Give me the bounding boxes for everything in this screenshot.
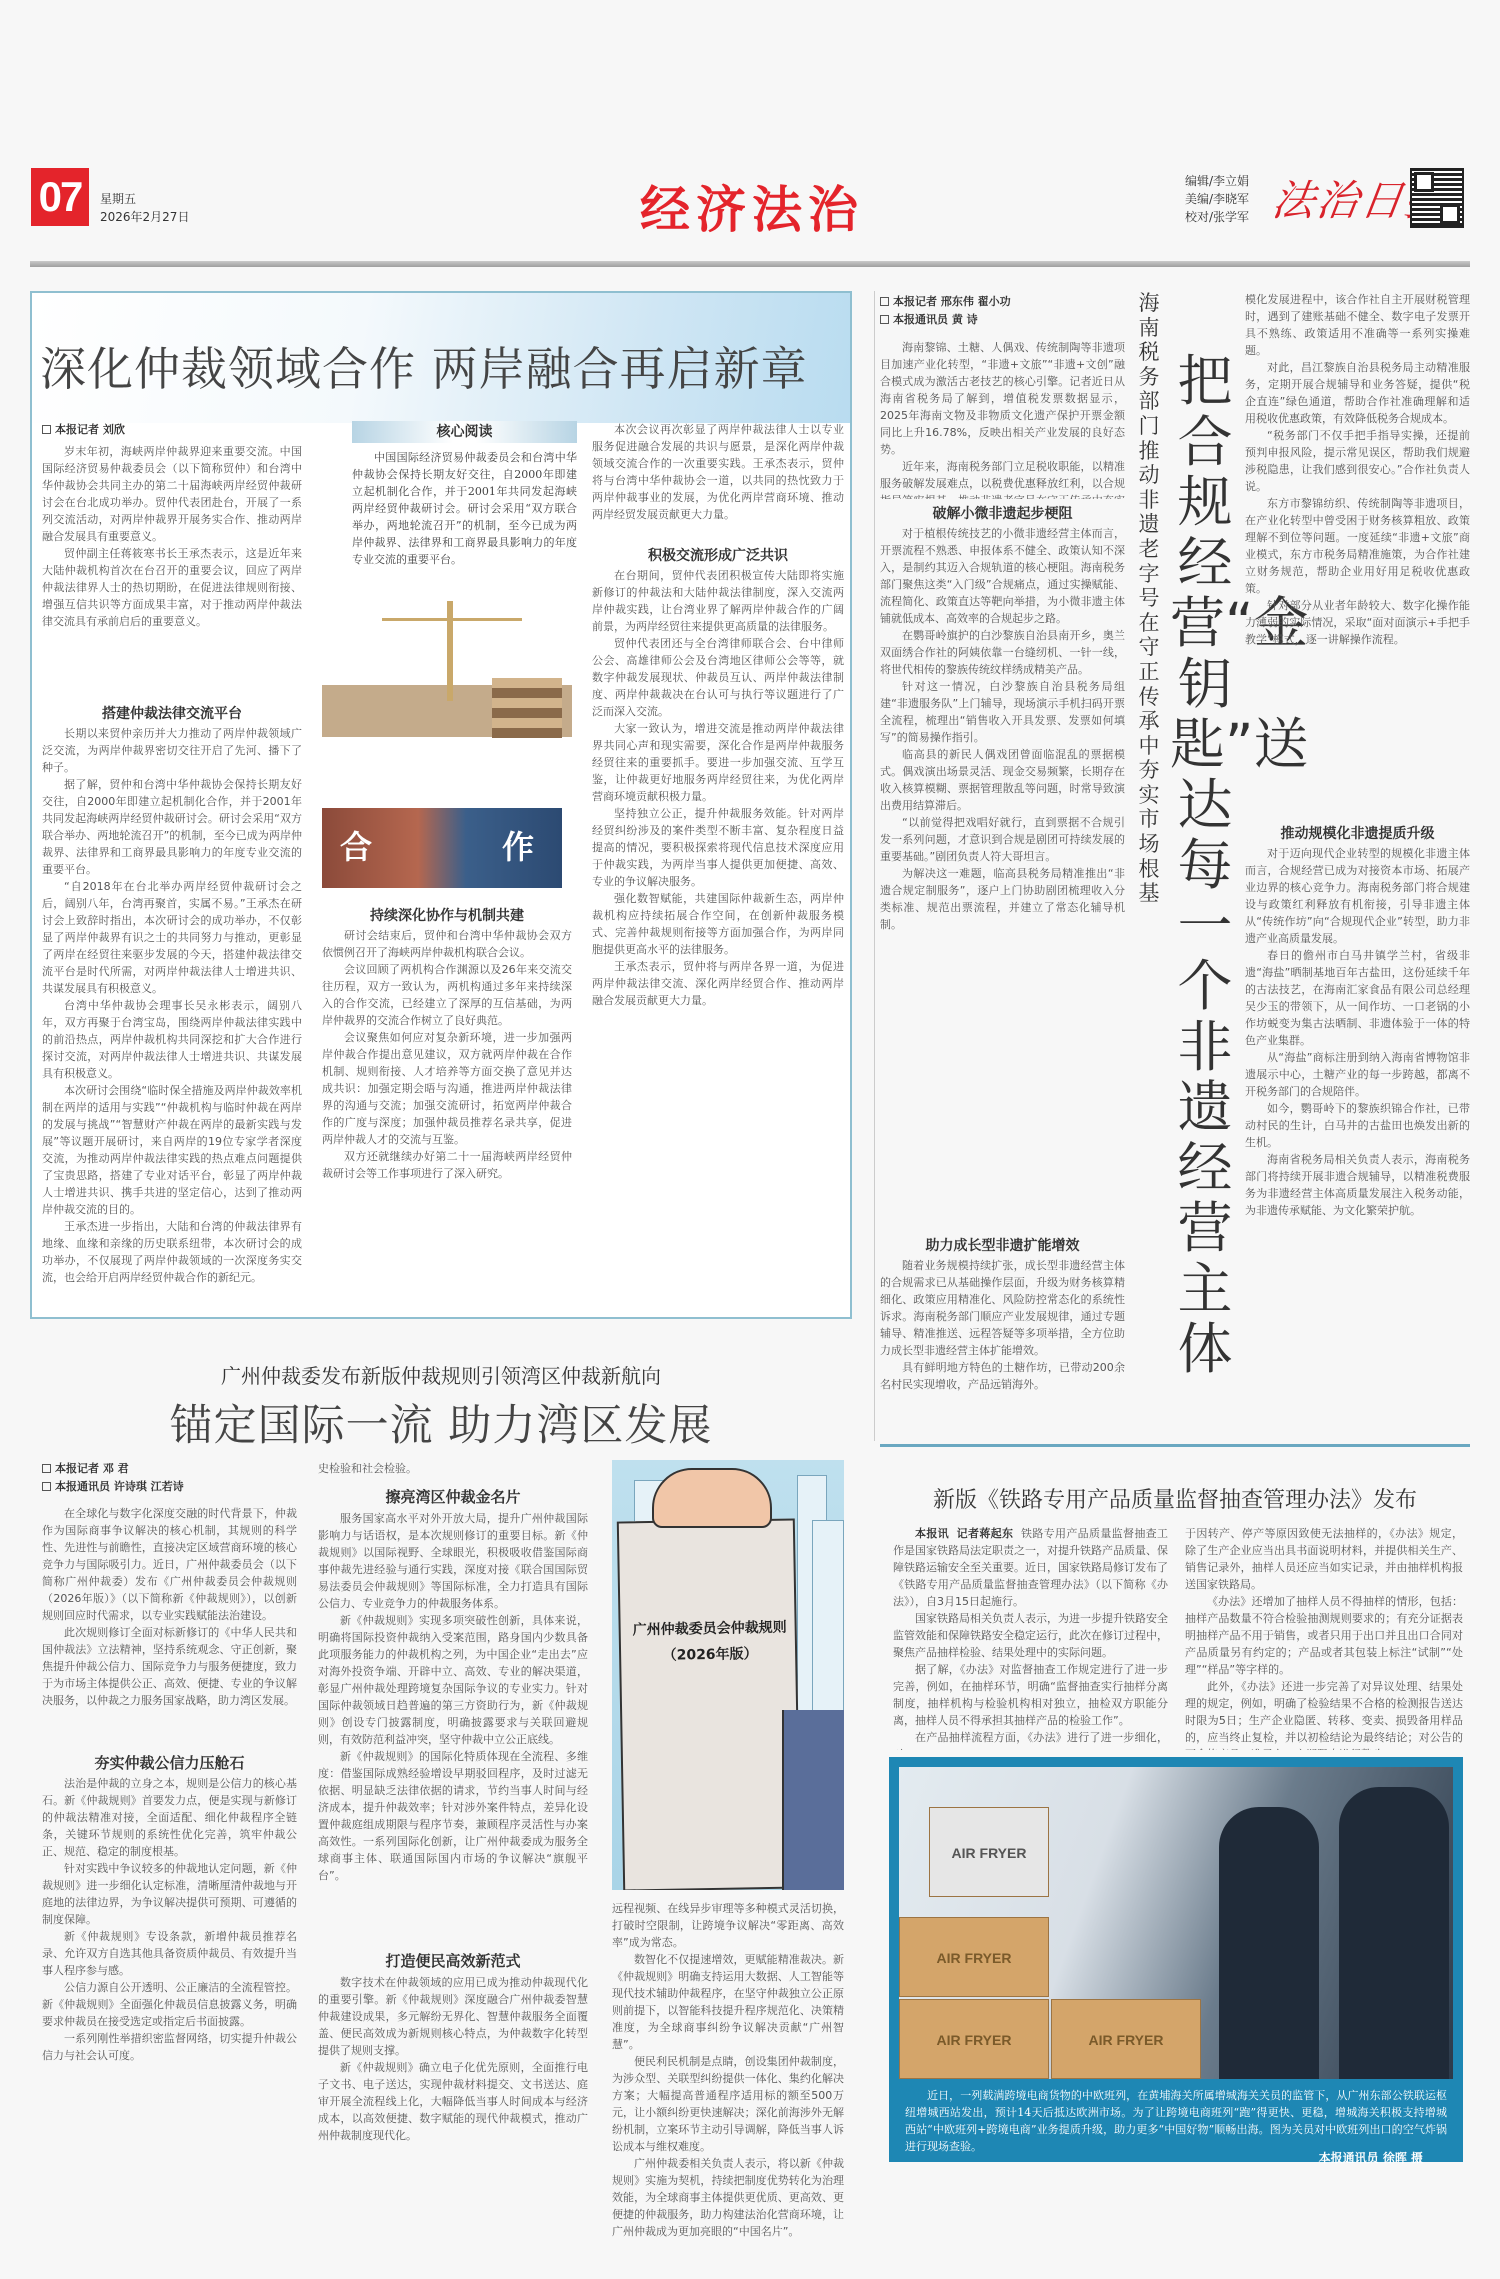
article3-byline-reporter: 本报记者 邓 君: [42, 1460, 129, 1476]
article-cross-strait-arbitration: 深化仲裁领域合作 两岸融合再启新章 本报记者 刘欣 岁末年初，海峡两岸仲裁界迎来…: [30, 291, 852, 1319]
article2-subhead-3: 推动规模化非遗提质升级: [1245, 823, 1470, 843]
reporter-name: 记者蒋起东: [957, 1527, 1014, 1540]
air-fryer-box: AIR FRYER: [929, 1807, 1049, 1897]
section-title: 经济法治: [640, 170, 864, 242]
article3-col2-continuation: 史检验和社会检验。: [318, 1460, 588, 1477]
article2-col2: 模化发展进程中，该合作社自主开展财税管理时，遇到了建账基础不健全、数字电子发票开…: [1245, 291, 1470, 811]
handshake-banner: 合 作: [322, 808, 562, 888]
article2-byline-correspondent: 本报通讯员 黄 诗: [880, 311, 978, 327]
article1-headline[interactable]: 深化仲裁领域合作 两岸融合再启新章: [40, 333, 808, 399]
article3-col3: 远程视频、在线异步审理等多种模式灵活切换，打破时空限制，让跨境争议解决“零距离、…: [612, 1900, 844, 2270]
core-reading-box: 核心阅读 中国国际经济贸易仲裁委员会和台湾中华仲裁协会保持长期友好交往，自200…: [352, 421, 577, 568]
bullet-square-icon: [880, 297, 889, 306]
credit-editor: 编辑/李立娟: [1185, 172, 1249, 190]
bullet-square-icon: [42, 1464, 51, 1473]
hand-icon: [652, 1468, 772, 1528]
core-reading-text: 中国国际经济贸易仲裁委员会和台湾中华仲裁协会保持长期友好交往，自2000年即建立…: [352, 449, 577, 568]
article2-headline[interactable]: 把合规经营“金钥匙”送达每一个非遗经营主体: [1170, 351, 1240, 1380]
lead-label: 本报讯: [915, 1527, 949, 1540]
customs-officer-figure: [1339, 1787, 1449, 2079]
article3-byline-correspondents: 本报通讯员 许诗琪 江若诗: [42, 1478, 184, 1494]
article4-col1: 本报讯 记者蒋起东 铁路专用产品质量监督抽查工作是国家铁路局法定职责之一，对提升…: [893, 1525, 1168, 1750]
core-reading-title: 核心阅读: [352, 421, 577, 443]
article2-col1-section2: 随着业务规模持续扩张，成长型非遗经营主体的合规需求已从基础操作层面，升级为财务核…: [880, 1257, 1125, 1432]
article3-kicker: 广州仲裁委发布新版仲裁规则引领湾区仲裁新航向: [30, 1360, 852, 1389]
article1-col3-intro: 本次会议再次彰显了两岸仲裁法律人士以专业服务促进融合发展的共识与愿景，是深化两岸…: [592, 421, 844, 537]
article3-col2-section3: 数字技术在仲裁领域的应用已成为推动仲裁现代化的重要引擎。新《仲裁规则》深度融合广…: [318, 1974, 588, 2270]
arbitration-rules-illustration: 广州仲裁委员会仲裁规则 （2026年版）: [612, 1460, 844, 1890]
masthead: 07 星期五 2026年2月27日 经济法治 编辑/李立娟 美编/李晓军 校对/…: [30, 168, 1470, 250]
air-fryer-box: AIR FRYER: [1051, 1999, 1201, 2079]
article-hainan-tax: 本报记者 邢东伟 翟小功 本报通讯员 黄 诗 海南黎锦、土糖、人偶戏、传统制陶等…: [880, 291, 1470, 1439]
credit-designer: 美编/李晓军: [1185, 190, 1249, 208]
customs-officer-figure: [1219, 1807, 1319, 2079]
air-fryer-box: AIR FRYER: [899, 1917, 1049, 1997]
article3-subhead-2: 擦亮湾区仲裁金名片: [318, 1486, 588, 1507]
article3-col1-intro: 在全球化与数字化深度交融的时代背景下，仲裁作为国际商事争议解决的核心机制，其规则…: [42, 1505, 297, 1745]
cooperation-illustration: 合 作: [322, 598, 572, 888]
article3-col1-section1: 法治是仲裁的立身之本，规则是公信力的核心基石。新《仲裁规则》首要发力点，便是实现…: [42, 1775, 297, 2270]
article1-col1-intro: 岁末年初，海峡两岸仲裁界迎来重要交流。中国国际经济贸易仲裁委员会（以下简称贸仲）…: [42, 443, 302, 630]
newspaper-page: 07 星期五 2026年2月27日 经济法治 编辑/李立娟 美编/李晓军 校对/…: [0, 0, 1500, 2279]
weekday: 星期五: [100, 190, 136, 207]
photo-caption: 近日，一列载满跨境电商货物的中欧班列，在黄埔海关所属增城海关关员的监管下，从广州…: [905, 2087, 1447, 2155]
article2-col1-intro: 海南黎锦、土糖、人偶戏、传统制陶等非遗项目加速产业化转型，“非遗+文旅”“非遗+…: [880, 339, 1125, 499]
article1-subhead-1: 搭建仲裁法律交流平台: [42, 703, 302, 723]
article2-col2-section3: 对于迈向现代企业转型的规模化非遗主体而言，合规经营已成为对接资本市场、拓展产业边…: [1245, 845, 1470, 1433]
article2-byline-reporters: 本报记者 邢东伟 翟小功: [880, 293, 1011, 309]
rules-document: 广州仲裁委员会仲裁规则 （2026年版）: [617, 1518, 801, 1890]
article1-subhead-2: 持续深化协作与机制共建: [322, 905, 572, 925]
air-fryer-box: AIR FRYER: [899, 1999, 1049, 2079]
article1-subhead-3: 积极交流形成广泛共识: [592, 545, 844, 565]
sleeve-shape: [782, 1710, 844, 1890]
credit-proofreader: 校对/张学军: [1185, 208, 1249, 226]
article3-headline[interactable]: 锚定国际一流 助力湾区发展: [30, 1392, 852, 1453]
page-number-badge: 07: [31, 168, 89, 226]
books-icon: [492, 678, 562, 738]
article1-byline: 本报记者 刘欣: [42, 421, 125, 437]
article1-col2-body: 研讨会结束后，贸仲和台湾中华仲裁协会双方依惯例召开了海峡两岸仲裁机构联合会议。 …: [322, 927, 572, 1307]
masthead-rule: [30, 261, 1470, 267]
bullet-square-icon: [880, 315, 889, 324]
article3-col2-section2: 服务国家高水平对外开放大局，提升广州仲裁国际影响力与话语权，是本次规则修订的重要…: [318, 1510, 588, 1940]
bullet-square-icon: [42, 1482, 51, 1491]
building-icon: [812, 1520, 844, 1720]
article3-subhead-1: 夯实仲裁公信力压舱石: [42, 1752, 297, 1773]
article2-subhead-1: 破解小微非遗起步梗阻: [880, 503, 1125, 523]
article1-col1-body: 长期以来贸仲亲历并大力推动了两岸仲裁领域广泛交流，为两岸仲裁界密切交往开启了先河…: [42, 725, 302, 1315]
photo-image[interactable]: AIR FRYER AIR FRYER AIR FRYER AIR FRYER: [899, 1767, 1453, 2079]
bullet-square-icon: [42, 425, 51, 434]
article4-headline[interactable]: 新版《铁路专用产品质量监督抽查管理办法》发布: [880, 1483, 1470, 1514]
photo-credit: 本报通讯员 徐晖 摄: [1319, 2149, 1423, 2166]
article2-col1-section1: 对于植根传统技艺的小微非遗经营主体而言，开票流程不熟悉、申报体系不健全、政策认知…: [880, 525, 1125, 1225]
article2-subhead-2: 助力成长型非遗扩能增效: [880, 1235, 1125, 1255]
column-divider: [874, 291, 875, 1441]
article1-col3-body: 在台期间，贸仲代表团积极宣传大陆即将实施新修订的仲裁法和大陆仲裁法律制度，深入交…: [592, 567, 844, 1307]
article4-col2: 于因转产、停产等原因致使无法抽样的，《办法》规定，除了生产企业应当出具书面说明材…: [1185, 1525, 1463, 1750]
editor-credits: 编辑/李立娟 美编/李晓军 校对/张学军: [1185, 172, 1249, 226]
customs-inspection-photo: AIR FRYER AIR FRYER AIR FRYER AIR FRYER …: [889, 1757, 1463, 2162]
article2-subtitle: 海南税务部门推动非遗老字号在守正传承中夯实市场根基: [1135, 291, 1163, 906]
section-divider: [880, 1444, 1470, 1447]
article3-subhead-3: 打造便民高效新范式: [318, 1950, 588, 1971]
qr-code-icon[interactable]: [1410, 168, 1464, 228]
issue-date: 2026年2月27日: [100, 208, 189, 225]
